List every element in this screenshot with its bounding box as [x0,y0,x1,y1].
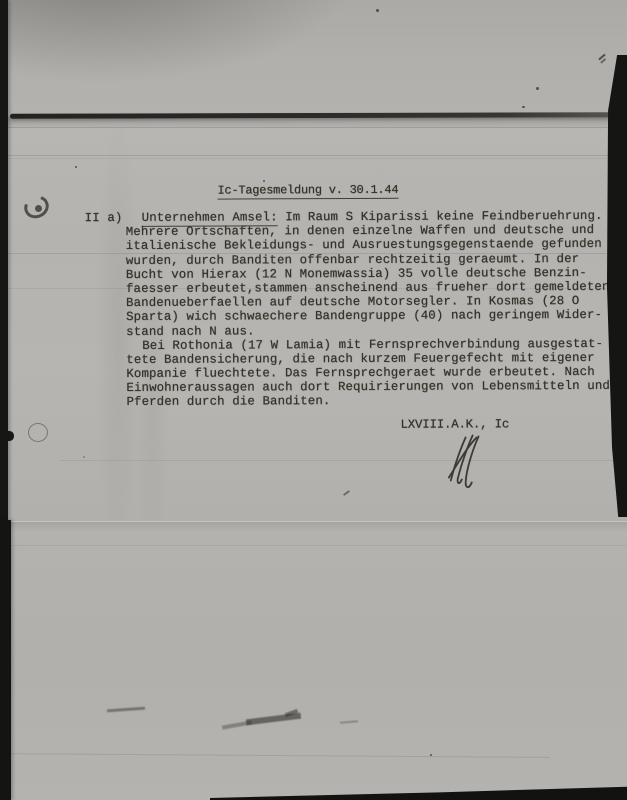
scan-hairline [0,545,627,546]
typed-content-layer: Ic-Tagesmeldung v. 30.1.44 II a) Unterne… [0,0,627,523]
section-item-label: II a) [85,211,123,225]
report-body: Unternehmen Amsel: Im Raum S Kiparissi k… [126,209,627,410]
lower-sheet [0,521,627,800]
report-line: Sparta) wich schwaechere Bandengruppe (4… [126,308,626,324]
report-line: Pferden durch die Banditen. [126,393,626,409]
report-line: Einwohneraussagen auch dort Requirierung… [126,379,626,395]
scan-edge-left [0,0,8,522]
report-line-text: Im Raum S Kiparissi keine Feindberuehrun… [278,209,603,224]
scan-edge-left [0,520,11,800]
report-line: italienische Bekleidungs- und Ausruestun… [126,237,626,253]
report-title: Ic-Tagesmeldung v. 30.1.44 [217,183,398,200]
scanned-document-page: { "doc": { "title": "Ic-Tagesmeldung v. … [0,0,627,800]
scan-speck [430,754,432,756]
handwritten-signature-scribble [436,428,488,494]
